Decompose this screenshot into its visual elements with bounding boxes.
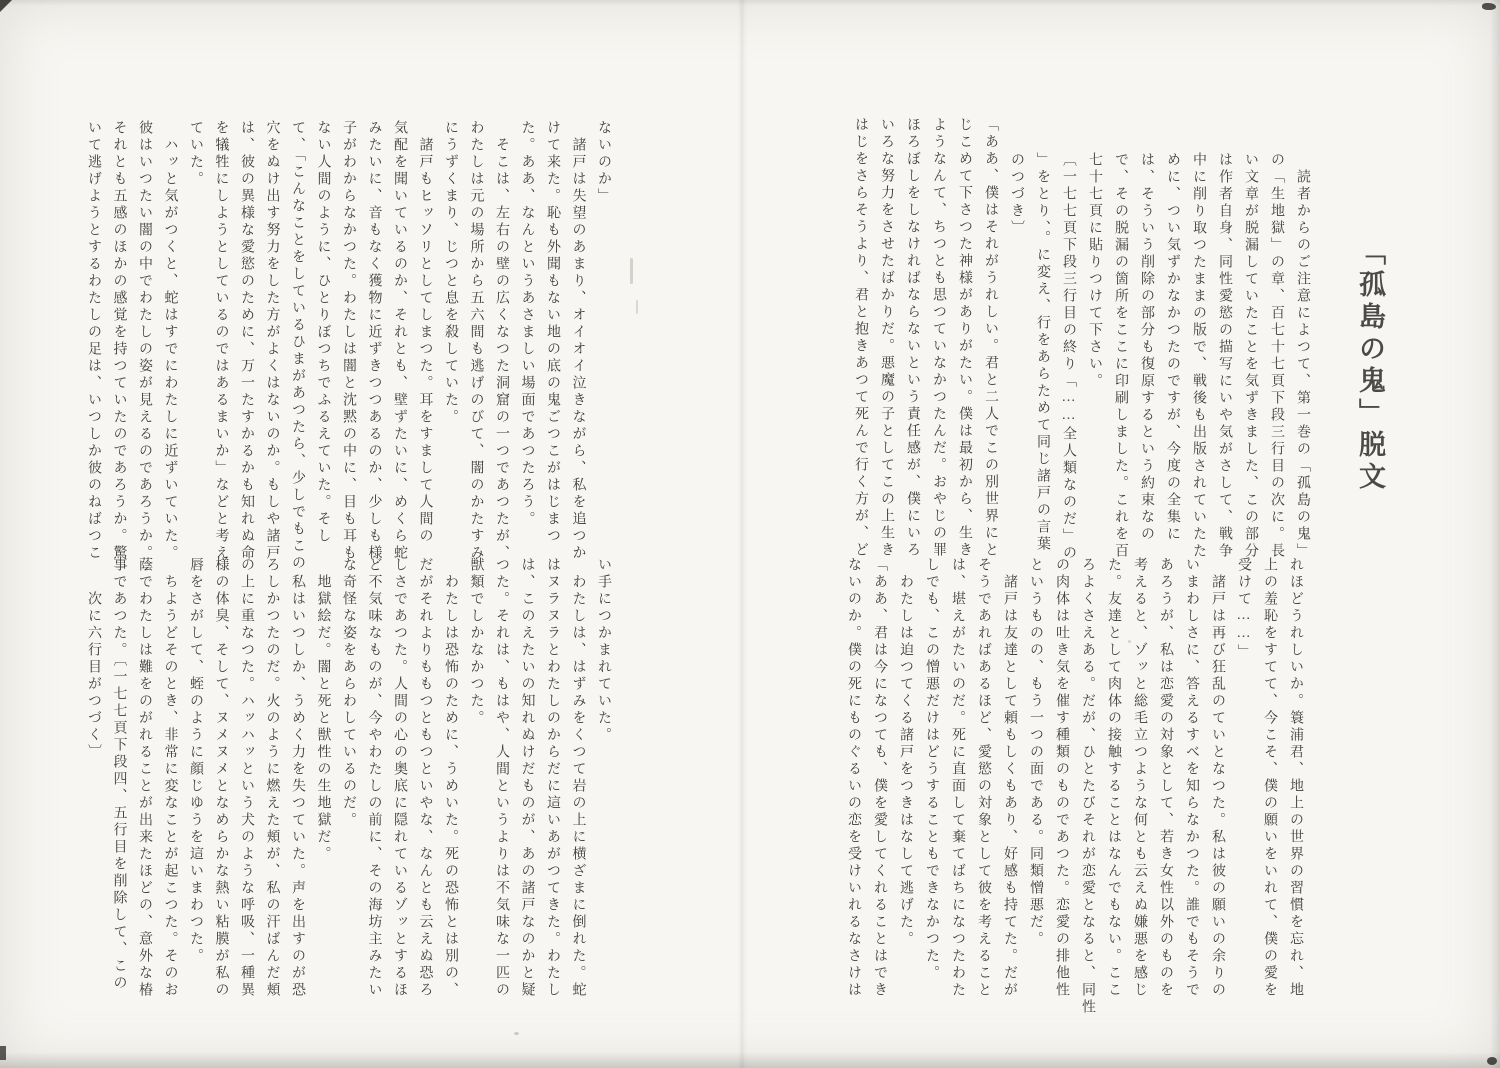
scan-corner-artifact-top-left xyxy=(0,0,12,12)
scan-speck xyxy=(1128,640,1131,643)
scan-speck xyxy=(636,300,638,314)
scan-speck xyxy=(630,258,633,284)
right-page-editorial-note-block: 読者からのご注意によつて、第一巻の「孤島の鬼」 の「生地獄」の章、百七十七頁下段… xyxy=(1003,152,1315,570)
scan-corner-artifact-bottom-left xyxy=(0,1046,6,1060)
page-title: 「孤島の鬼」脱文 xyxy=(1344,238,1396,558)
scan-edge-bottom xyxy=(0,1052,1500,1068)
center-fold-shadow xyxy=(738,0,748,1068)
scan-edge-top xyxy=(0,0,1500,6)
right-page-lower-block: れほどうれしいか。簑浦君、地上の世界の習慣を忘れ、地 上の羞恥をすてて、今こそ、… xyxy=(840,557,1308,1055)
scanned-document-page: 「孤島の鬼」脱文 読者からのご注意によつて、第一巻の「孤島の鬼」 の「生地獄」の… xyxy=(0,0,1500,1068)
scan-edge-right xyxy=(1490,0,1500,1068)
scan-corner-artifact-top-right xyxy=(1482,3,1496,10)
left-page-lower-block: い手につかまれていた。 わたしは、はずみをくつて岩の上に横ざまに倒れた。蛇 はヌ… xyxy=(81,557,617,1055)
left-page-upper-block: ないのか」 諸戸は失望のあまり、オイオイ泣きながら、私を追つか けて来た。恥も外… xyxy=(81,120,617,582)
right-page-quote-upper-block: 「ああ、僕はそれがうれしい。君と二人でこの別世界にと じこめて下さつた神様があり… xyxy=(847,117,1003,569)
scan-speck xyxy=(514,1032,519,1035)
scan-corner-artifact-bottom-right xyxy=(1487,1057,1497,1065)
